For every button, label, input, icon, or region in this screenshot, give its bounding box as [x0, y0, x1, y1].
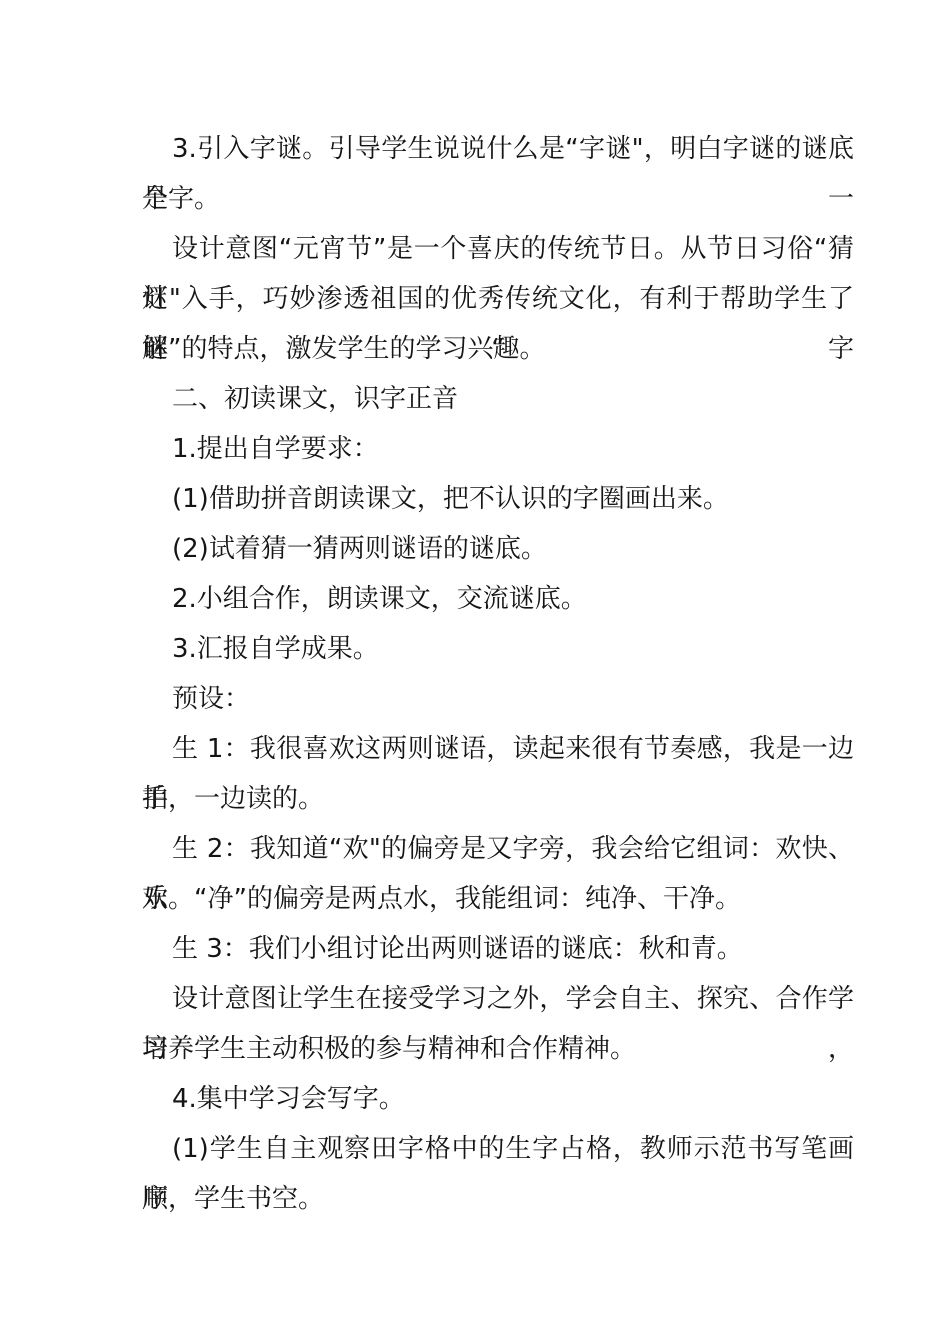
text-line: (2)试着猜一猜两则谜语的谜底。 [142, 524, 854, 574]
paragraph: 预设： [142, 674, 854, 724]
paragraph: 3.引入字谜。引导学生说说什么是“字谜"，明白字谜的谜底是一个字。 [142, 124, 854, 224]
text-line: 设计意图让学生在接受学习之外，学会自主、探究、合作学习， [142, 974, 854, 1024]
text-line: 设计意图“元宵节”是一个喜庆的传统节日。从节日习俗“猜灯 [142, 224, 854, 274]
text-line: (1)学生自主观察田字格中的生字占格，教师示范书写笔画顺 [142, 1124, 854, 1174]
text-line: 生 3：我们小组讨论出两则谜语的谜底：秋和青。 [142, 924, 854, 974]
paragraph: 生 2：我知道“欢"的偏旁是又字旁，我会给它组词：欢快、欢乐。“净”的偏旁是两点… [142, 824, 854, 924]
text-line: 序，学生书空。 [142, 1174, 854, 1224]
text-line: 生 2：我知道“欢"的偏旁是又字旁，我会给它组词：欢快、欢 [142, 824, 854, 874]
paragraph: 二、初读课文，识字正音 [142, 374, 854, 424]
paragraph: 1.提出自学要求： [142, 424, 854, 474]
text-line: 二、初读课文，识字正音 [142, 374, 854, 424]
paragraph: (1)学生自主观察田字格中的生字占格，教师示范书写笔画顺序，学生书空。 [142, 1124, 854, 1224]
text-line: (1)借助拼音朗读课文，把不认识的字圈画出来。 [142, 474, 854, 524]
paragraph: 2.小组合作，朗读课文，交流谜底。 [142, 574, 854, 624]
paragraph: 生 3：我们小组讨论出两则谜语的谜底：秋和青。 [142, 924, 854, 974]
text-line: 预设： [142, 674, 854, 724]
text-line: 3.引入字谜。引导学生说说什么是“字谜"，明白字谜的谜底是一 [142, 124, 854, 174]
text-line: 2.小组合作，朗读课文，交流谜底。 [142, 574, 854, 624]
paragraph: 设计意图让学生在接受学习之外，学会自主、探究、合作学习，培养学生主动积极的参与精… [142, 974, 854, 1074]
text-line: 生 1：我很喜欢这两则谜语，读起来很有节奏感，我是一边拍 [142, 724, 854, 774]
paragraph: 3.汇报自学成果。 [142, 624, 854, 674]
text-line: 3.汇报自学成果。 [142, 624, 854, 674]
text-line: 乐。“净”的偏旁是两点水，我能组词：纯净、干净。 [142, 874, 854, 924]
paragraph: 4.集中学习会写字。 [142, 1074, 854, 1124]
paragraph: (1)借助拼音朗读课文，把不认识的字圈画出来。 [142, 474, 854, 524]
document-text-content: 3.引入字谜。引导学生说说什么是“字谜"，明白字谜的谜底是一个字。设计意图“元宵… [142, 124, 854, 1224]
paragraph: 生 1：我很喜欢这两则谜语，读起来很有节奏感，我是一边拍手，一边读的。 [142, 724, 854, 824]
document-page: 3.引入字谜。引导学生说说什么是“字谜"，明白字谜的谜底是一个字。设计意图“元宵… [0, 0, 950, 1344]
text-line: 1.提出自学要求： [142, 424, 854, 474]
text-line: 谜"入手，巧妙渗透祖国的优秀传统文化，有利于帮助学生了解“字 [142, 274, 854, 324]
text-line: 手，一边读的。 [142, 774, 854, 824]
text-line: 4.集中学习会写字。 [142, 1074, 854, 1124]
paragraph: 设计意图“元宵节”是一个喜庆的传统节日。从节日习俗“猜灯谜"入手，巧妙渗透祖国的… [142, 224, 854, 374]
paragraph: (2)试着猜一猜两则谜语的谜底。 [142, 524, 854, 574]
